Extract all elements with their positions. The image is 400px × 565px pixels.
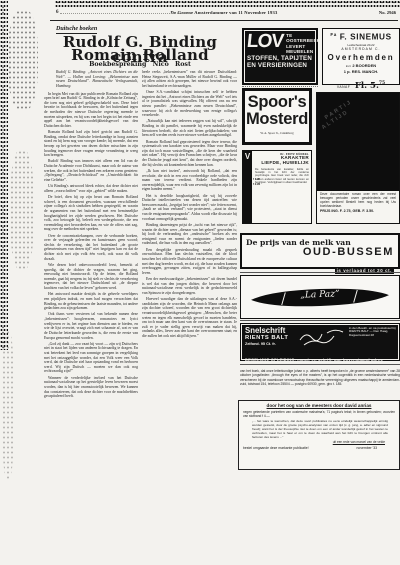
ad-snelschrift-rients-balt: Snelschrift RIENTS BALT Zelfond. 95 Ct. … — [240, 323, 400, 361]
shorthand-squiggle-icon — [297, 327, 349, 356]
sinemus-name-prefix: Fa — [330, 32, 336, 37]
ad-separator-rule — [240, 364, 400, 365]
sinemus-line2: 1 p. RES. MANCH. — [323, 69, 399, 74]
ad-kunkel-karakter: V Dr. FRITZ KÜNKEL KARAKTER LIEFDE, HUWE… — [242, 150, 312, 224]
article-byline: Boekbespreking Nico Rost — [42, 61, 238, 68]
ad-documentary-novel: PARTIJ ALTIJD Deze documentaire roman ov… — [316, 92, 400, 224]
lov-top-lines: TE OOSTERBEEKLEVERTMEUBELEN — [286, 33, 320, 54]
ad-sinemus-overhemden: Fa F. SINEMUS Leidschestraat 20-22 AMSTE… — [322, 28, 400, 85]
sinemus-name: Fa F. SINEMUS — [323, 32, 399, 42]
scan-blot — [10, 150, 34, 270]
scan-blot — [2, 330, 14, 480]
sinemus-line1: incl. 2 BOORDEN — [323, 63, 399, 68]
snelschrift-price-line: Zelfond. 95 Ct. fr. — [245, 342, 297, 346]
anrias-quote: „... het ware te wenschen, dat deze soor… — [252, 419, 388, 439]
scan-blot — [8, 10, 38, 110]
spoors-line1: Spoor's — [245, 94, 309, 111]
sinemus-address: Leidschestraat 20-22 — [323, 43, 399, 47]
kunkel-prices: f 1.90 f 2.90 — [253, 177, 260, 187]
ad-separator-rule — [240, 272, 400, 273]
lov-bottom-lines: STOFFEN, TAPIJTENEN VERSIERINGEN — [247, 56, 314, 70]
ad-spoors-mosterd: Spoor's Mosterd W. A. Spoor Jr., Culembo… — [242, 88, 312, 145]
ad-la-paz-sigaren: „La Paz” — [240, 275, 400, 319]
snelschrift-name: RIENTS BALT — [245, 335, 297, 341]
header-rule — [50, 20, 398, 21]
sinemus-product: Overhemden — [323, 53, 399, 62]
kunkel-body: De beteekenis van karakter, liefde en hu… — [255, 168, 309, 185]
publisher-notice: van het boek, dat onze letterkundige joh… — [240, 369, 400, 386]
snelschrift-title: Snelschrift — [245, 327, 297, 335]
book-price: PRIJS ING. F. 2.75, GEB. F. 3.50. — [317, 208, 399, 214]
book-cover-image: PARTIJ ALTIJD — [317, 93, 399, 191]
publisher-v-logo-icon: V — [243, 151, 252, 223]
anrias-description: negen geteekende portretten van oostersc… — [243, 410, 395, 418]
scan-noise-left — [0, 0, 8, 350]
lov-logo-icon: LOV — [246, 33, 284, 50]
ad-separator-rule — [240, 320, 400, 321]
ad-anrias-boek: door het oog van de meesters door david … — [238, 400, 400, 470]
snelschrift-address: in den Boekh. en na postwissel bij RIENT… — [349, 327, 396, 356]
ad-oud-bussem-melk: De prijs van de melk van OUD-BUSSEM is v… — [240, 233, 400, 269]
newspaper-page: 6 De Groene Amsterdammer van 11 November… — [0, 0, 400, 565]
scan-noise-top — [55, 0, 400, 7]
sinemus-city: AMSTERDAM C. — [323, 47, 399, 51]
snelschrift-bottom: DEGELIJKE OPLEIDING, mond. en schrift. a… — [245, 357, 396, 362]
article-column-1: Rudolf G. Binding: „Antwort eines Dichte… — [44, 70, 138, 478]
ad-lov-meubelen: LOV TE OOSTERBEEKLEVERTMEUBELEN STOFFEN,… — [242, 28, 318, 85]
kunkel-title2: LIEFDE, HUWELIJK — [255, 161, 309, 166]
anrias-attribution: uit een rede van marcel van de velde — [243, 440, 385, 444]
article-lede: Rudolf G. Binding: „Antwort eines Dichte… — [56, 70, 138, 89]
header-dotted-line — [60, 13, 190, 14]
page-header: 6 De Groene Amsterdammer van 11 November… — [50, 9, 398, 20]
issue-number: No. 2946 — [379, 10, 396, 15]
article-column-2: heele reeks „bekentenissen” van dit nieu… — [142, 70, 237, 478]
spoors-footer: W. A. Spoor Jr., Culemborg — [245, 131, 309, 135]
anrias-footer: bestel omgaande deze markante publicatie… — [243, 446, 395, 450]
spoors-line2: Mosterd — [245, 111, 309, 128]
oudbussem-brand: OUD-BUSSEM — [246, 247, 394, 258]
cigar-icon: „La Paz” — [249, 285, 392, 309]
lov-caption-line — [242, 86, 318, 87]
sinemus-price: VANAF Fl. 5.75 — [323, 75, 399, 93]
book-caption: Deze documentaire roman over een der mee… — [317, 191, 399, 208]
anrias-title: door het oog van de meesters door david … — [243, 403, 395, 408]
